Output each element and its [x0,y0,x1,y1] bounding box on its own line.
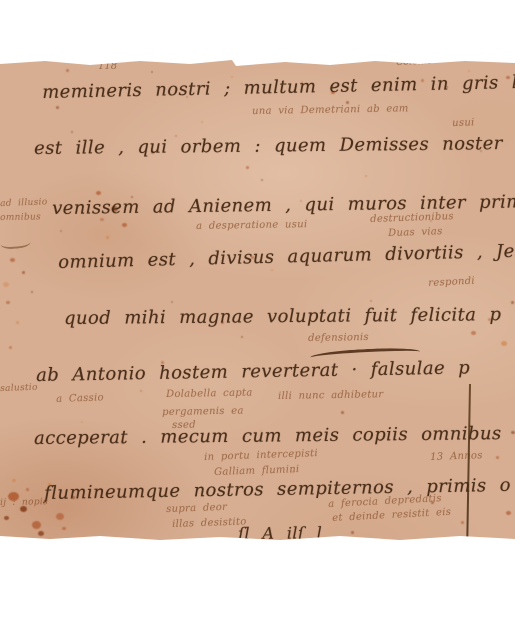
ink-stain [22,271,25,274]
interlinear-gloss: in portu intercepisti [204,448,318,463]
ink-stain [511,301,514,304]
text-line: memineris nostri ; multum est enim in gr… [42,70,515,103]
interlinear-gloss: ssed [172,420,196,431]
text-line: acceperat . mecum cum meis copiis omnibu… [34,423,515,449]
ink-stain [106,236,109,239]
ink-stain [171,301,173,303]
text-line: ſl A ilſ l [238,523,322,543]
ink-stain [151,71,153,73]
ink-stain [4,516,9,520]
interlinear-gloss: ij : nopis [0,497,48,508]
ink-stain [38,531,44,536]
ink-stain [12,479,16,482]
ink-stain [56,513,64,520]
text-line: ab Antonio hostem reverterat · falsulae … [36,357,470,386]
paper-sheet: 118 memineris nostri ; multum est enim i… [0,0,515,618]
margin-squiggle [0,235,31,250]
interlinear-gloss: pergamenis ea [162,406,244,418]
ink-stain [96,191,101,195]
ink-stain [100,218,104,221]
interlinear-gloss: Colonis [396,57,432,68]
ink-stain [16,321,19,324]
interlinear-gloss: illas desistito [172,516,247,530]
ink-stain [9,346,12,349]
interlinear-gloss: 13 Annos [430,450,483,463]
ink-stain [201,121,203,123]
interlinear-gloss: Dolabella capta [166,387,253,400]
interlinear-gloss: a Cassio [56,392,104,405]
text-line: est ille , qui orbem : quem Demisses nos… [34,132,515,159]
interlinear-gloss: una via Demetriani ab eam [252,103,409,117]
interlinear-gloss: usui [452,117,475,129]
interlinear-gloss: supra deor [166,502,227,515]
ink-stain [346,101,349,104]
interlinear-gloss: et deinde resistit eis [332,507,451,524]
text-line: omnium est , divisus aquarum divortiis ,… [58,240,515,273]
interlinear-gloss: Galliam flumini [214,464,300,478]
ink-stain [26,488,29,491]
interlinear-gloss: salustio [0,383,38,394]
interlinear-gloss: respondi [428,276,475,289]
manuscript-photo: 118 memineris nostri ; multum est enim i… [0,0,515,618]
ink-stain [351,531,354,534]
ink-stain [66,69,69,72]
ink-stain [71,131,73,133]
ink-stain [370,300,372,302]
interlinear-gloss: destructionibus [370,211,454,225]
ink-stain [122,223,127,227]
interlinear-gloss: ad illusio [0,197,48,209]
text-line: quod mihi magnae voluptati fuit felicita… [64,304,501,329]
ink-stain [246,166,249,169]
ink-stain [261,179,263,181]
ink-stain [365,175,367,177]
ink-stain [140,390,142,392]
interlinear-gloss: Duas vias [388,226,443,239]
ink-stain [271,269,273,271]
ink-stain [341,411,344,414]
ink-stain [3,282,9,287]
ink-stain [506,511,511,515]
ink-stain [461,521,464,524]
ink-stain [81,421,83,423]
ink-stain [32,521,41,529]
ink-stain [501,341,507,346]
interlinear-gloss: a desperatione usui [196,219,308,232]
ink-stain [56,106,59,109]
ink-stain [241,336,243,338]
ink-stain [60,230,62,232]
ink-stain [62,527,66,530]
interlinear-gloss: defensionis [308,332,369,344]
ink-stain [468,70,470,72]
folio-number: 118 [98,61,117,72]
ink-stain [471,331,476,335]
interlinear-gloss: illi nunc adhibetur [278,389,384,402]
ink-stain [496,456,499,459]
interlinear-gloss: omnibus [0,212,41,223]
ink-stain [31,291,33,293]
ink-stain [6,301,10,304]
ink-stain [10,258,15,262]
